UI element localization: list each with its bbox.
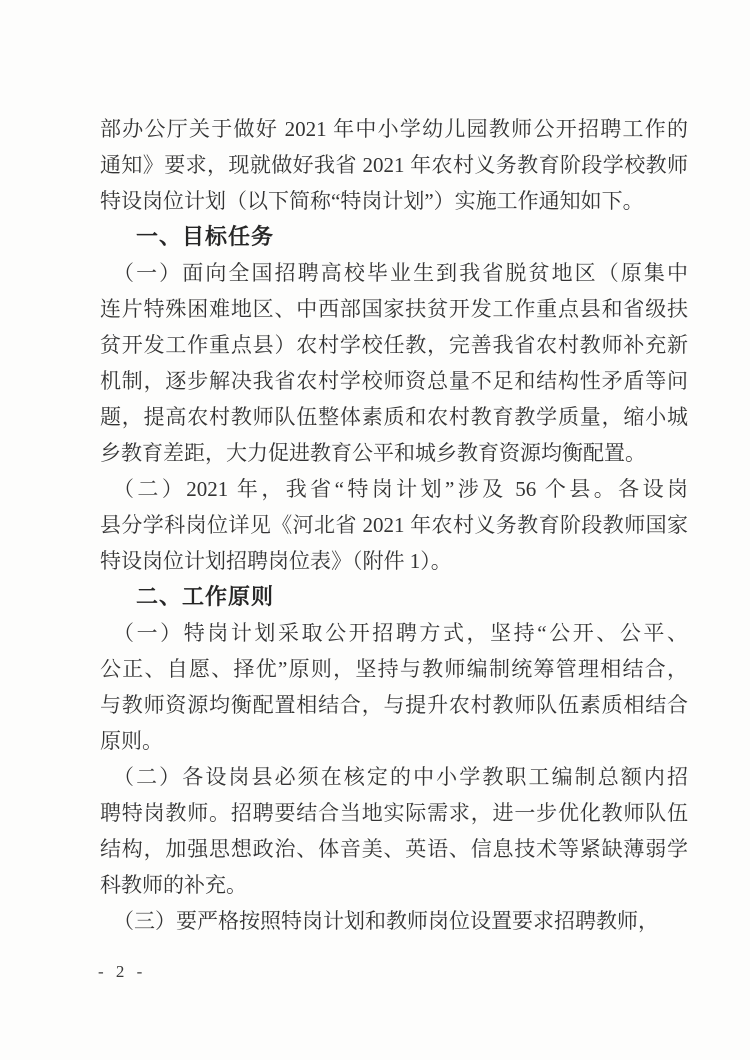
paragraph-line: 通知》要求，现就做好我省 2021 年农村义务教育阶段学校教师: [100, 147, 688, 183]
document-page: 部办公厅关于做好 2021 年中小学幼儿园教师公开招聘工作的通知》要求，现就做好…: [0, 0, 750, 1060]
page-number: - 2 -: [98, 962, 146, 982]
paragraph-line: 原则。: [100, 723, 688, 759]
paragraph-line: 部办公厅关于做好 2021 年中小学幼儿园教师公开招聘工作的: [100, 111, 688, 147]
paragraph-line: 乡教育差距，大力促进教育公平和城乡教育资源均衡配置。: [100, 435, 688, 471]
paragraph-line: 公正、自愿、择优”原则，坚持与教师编制统筹管理相结合，: [100, 651, 688, 687]
paragraph-line: （一）特岗计划采取公开招聘方式，坚持“公开、公平、: [100, 615, 688, 651]
paragraph-line: 特设岗位计划（以下简称“特岗计划”）实施工作通知如下。: [100, 183, 688, 219]
paragraph-line: （二）各设岗县必须在核定的中小学教职工编制总额内招: [100, 759, 688, 795]
paragraph-line: 与教师资源均衡配置相结合，与提升农村教师队伍素质相结合: [100, 687, 688, 723]
paragraph-line: 结构，加强思想政治、体音美、英语、信息技术等紧缺薄弱学: [100, 831, 688, 867]
paragraph-line: （一）面向全国招聘高校毕业生到我省脱贫地区（原集中: [100, 255, 688, 291]
paragraph-line: （二）2021 年，我省“特岗计划”涉及 56 个县。各设岗: [100, 471, 688, 507]
paragraph-line: （三）要严格按照特岗计划和教师岗位设置要求招聘教师，: [100, 903, 688, 939]
section-heading: 一、目标任务: [100, 219, 688, 255]
section-heading: 二、工作原则: [100, 579, 688, 615]
paragraph-line: 科教师的补充。: [100, 867, 688, 903]
paragraph-line: 连片特殊困难地区、中西部国家扶贫开发工作重点县和省级扶: [100, 291, 688, 327]
paragraph-line: 题，提高农村教师队伍整体素质和农村教育教学质量，缩小城: [100, 399, 688, 435]
paragraph-line: 贫开发工作重点县）农村学校任教，完善我省农村教师补充新: [100, 327, 688, 363]
paragraph-line: 聘特岗教师。招聘要结合当地实际需求，进一步优化教师队伍: [100, 795, 688, 831]
document-body: 部办公厅关于做好 2021 年中小学幼儿园教师公开招聘工作的通知》要求，现就做好…: [100, 111, 688, 939]
paragraph-line: 县分学科岗位详见《河北省 2021 年农村义务教育阶段教师国家: [100, 507, 688, 543]
paragraph-line: 机制，逐步解决我省农村学校师资总量不足和结构性矛盾等问: [100, 363, 688, 399]
paragraph-line: 特设岗位计划招聘岗位表》（附件 1）。: [100, 543, 688, 579]
